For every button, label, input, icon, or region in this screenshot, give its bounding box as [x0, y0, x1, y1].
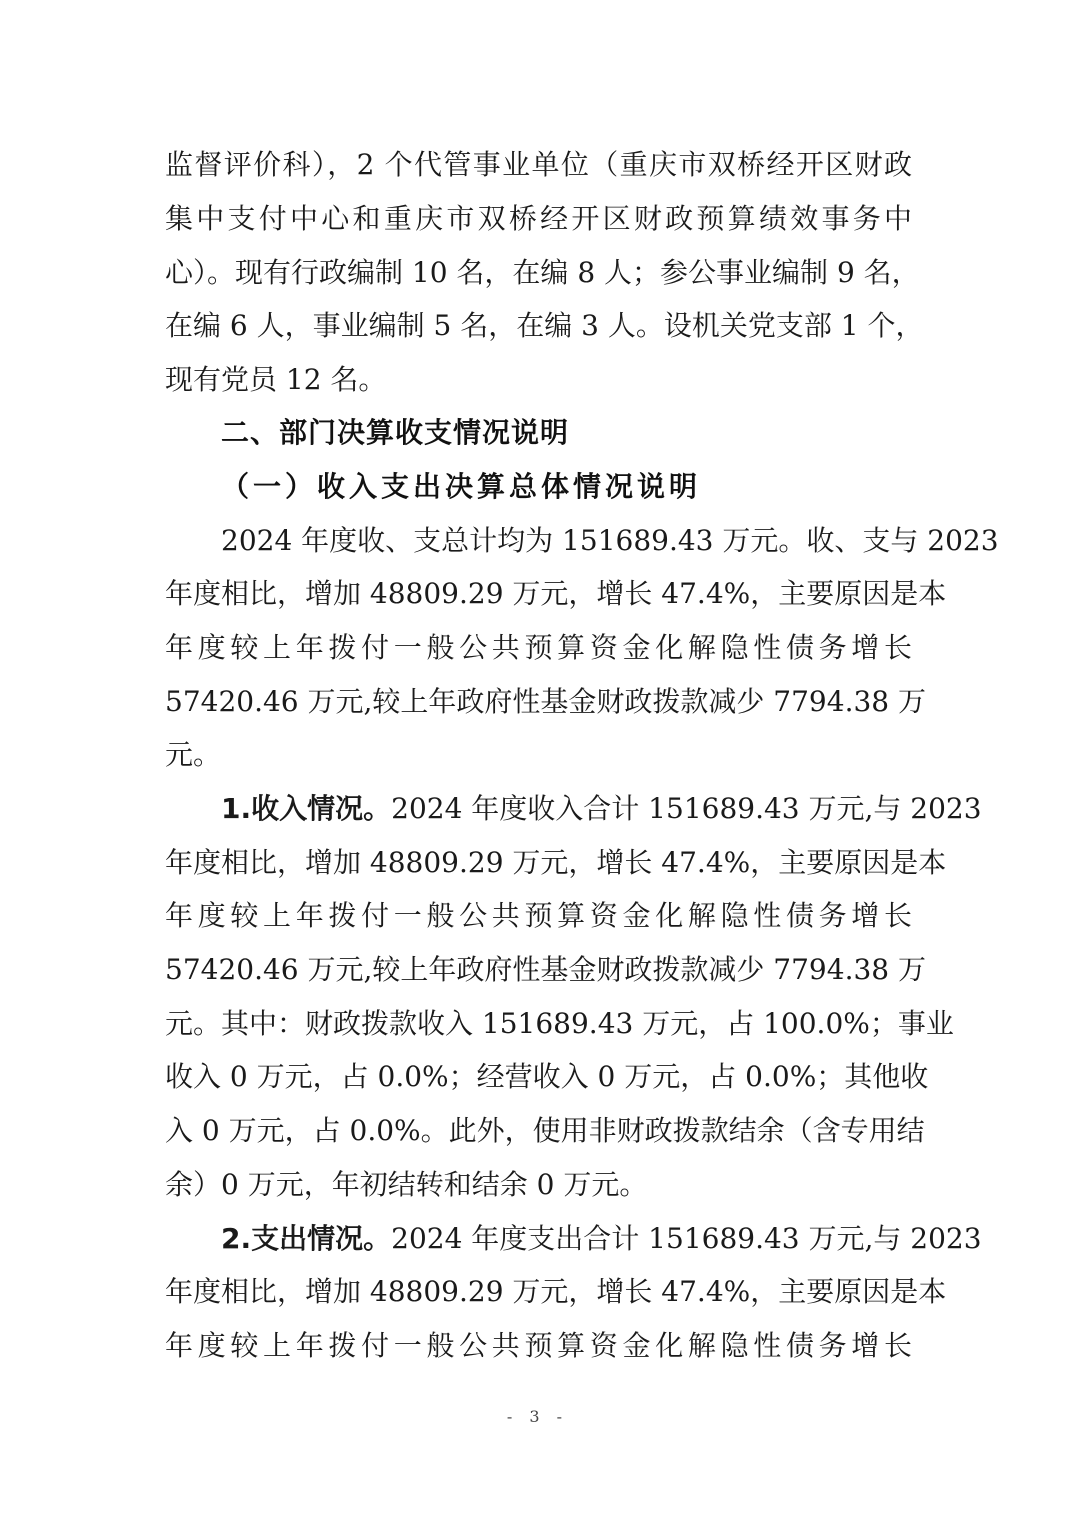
body-text-line: 年度相比，增加 48809.29 万元，增长 47.4%，主要原因是本	[165, 843, 912, 883]
body-text-line: 年度较上年拨付一般公共预算资金化解隐性债务增长	[165, 1326, 912, 1366]
income-paragraph-first-line: 1.收入情况。2024 年度收入合计 151689.43 万元,与 2023	[221, 789, 912, 829]
expenditure-first-line-text: 2024 年度支出合计 151689.43 万元,与 2023	[391, 1222, 981, 1255]
page-number: - 3 -	[0, 1407, 1075, 1426]
body-text-line: 元。	[165, 735, 912, 775]
income-lead: 1.收入情况。	[221, 792, 391, 825]
body-text-line: 年度相比，增加 48809.29 万元，增长 47.4%，主要原因是本	[165, 1272, 912, 1312]
body-text-line: 年度相比，增加 48809.29 万元，增长 47.4%，主要原因是本	[165, 574, 912, 614]
body-text-line: 57420.46 万元,较上年政府性基金财政拨款减少 7794.38 万	[165, 682, 912, 722]
body-text-line: 2024 年度收、支总计均为 151689.43 万元。收、支与 2023	[221, 521, 912, 561]
expenditure-paragraph-first-line: 2.支出情况。2024 年度支出合计 151689.43 万元,与 2023	[221, 1219, 912, 1259]
body-text-line: 57420.46 万元,较上年政府性基金财政拨款减少 7794.38 万	[165, 950, 912, 990]
section-heading: 二、部门决算收支情况说明	[221, 413, 569, 453]
body-text-line: 入 0 万元，占 0.0%。此外，使用非财政拨款结余（含专用结	[165, 1111, 912, 1151]
body-text-line: 年度较上年拨付一般公共预算资金化解隐性债务增长	[165, 896, 912, 936]
body-text-line: 监督评价科），2 个代管事业单位（重庆市双桥经开区财政	[165, 145, 912, 185]
body-text-line: 现有党员 12 名。	[165, 360, 912, 400]
body-text-line: 在编 6 人，事业编制 5 名，在编 3 人。设机关党支部 1 个，	[165, 306, 912, 346]
document-page: 监督评价科），2 个代管事业单位（重庆市双桥经开区财政 集中支付中心和重庆市双桥…	[0, 0, 1075, 1520]
body-text-line: 集中支付中心和重庆市双桥经开区财政预算绩效事务中	[165, 199, 912, 239]
subsection-heading: （一）收入支出决算总体情况说明	[221, 467, 701, 507]
body-text-line: 元。其中：财政拨款收入 151689.43 万元，占 100.0%；事业	[165, 1004, 912, 1044]
body-text-line: 余）0 万元，年初结转和结余 0 万元。	[165, 1165, 912, 1205]
expenditure-lead: 2.支出情况。	[221, 1222, 391, 1255]
body-text-line: 收入 0 万元，占 0.0%；经营收入 0 万元，占 0.0%；其他收	[165, 1057, 912, 1097]
body-text-line: 年度较上年拨付一般公共预算资金化解隐性债务增长	[165, 628, 912, 668]
body-text-line: 心）。现有行政编制 10 名，在编 8 人；参公事业编制 9 名，	[165, 253, 912, 293]
income-first-line-text: 2024 年度收入合计 151689.43 万元,与 2023	[391, 792, 981, 825]
